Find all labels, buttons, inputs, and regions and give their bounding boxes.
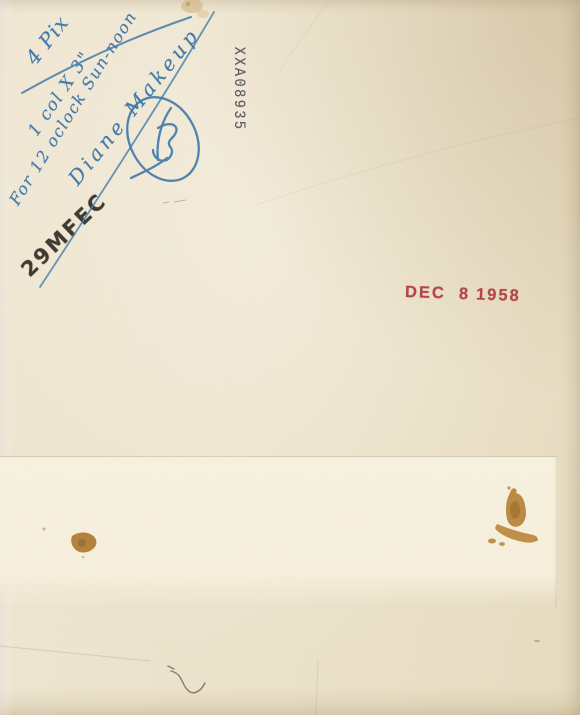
photo-back-paper: 4 Pix 1 col X 3" For 12 oclock Sun-noon …: [0, 0, 580, 715]
handwritten-pix-note: 4 Pix: [21, 11, 74, 69]
tiny-speck-stain: [534, 640, 540, 642]
paper-light-band: [0, 456, 557, 607]
pencil-squiggle-bottom: [168, 666, 205, 693]
date-stamp-year: 1958: [476, 285, 521, 305]
paper-marks-layer: [0, 0, 580, 715]
date-stamp-day: 8: [459, 285, 471, 303]
faint-smudge-marks: [163, 200, 186, 203]
top-edge-smudge-stain: [181, 0, 209, 18]
date-stamp: DEC81958: [405, 283, 521, 306]
handwritten-pencil-code: 29MFEC: [16, 188, 111, 281]
paper-grain-texture: [0, 0, 580, 715]
serial-number-stamp: XXA08935: [229, 47, 247, 132]
date-stamp-month: DEC: [405, 283, 446, 302]
paper-creases: [0, 0, 580, 715]
